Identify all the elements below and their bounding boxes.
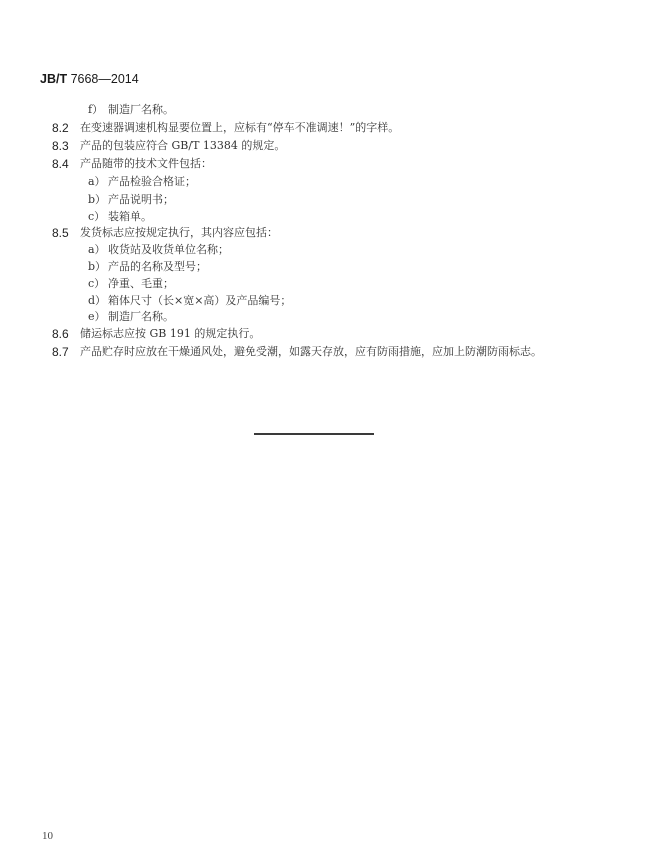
item-text: 制造厂名称。 xyxy=(108,103,174,117)
clause-number: 8.2 xyxy=(52,121,69,135)
item-label: a） xyxy=(88,243,106,257)
clause-text: 产品贮存时应放在干燥通风处，避免受潮，如露天存放，应有防雨措施，应加上防潮防雨标… xyxy=(80,345,542,359)
clause-text: 储运标志应按 GB 191 的规定执行。 xyxy=(80,327,260,341)
item-label: b） xyxy=(88,193,106,207)
item-label: c） xyxy=(88,277,105,291)
item-label: d） xyxy=(88,294,106,308)
item-text: 产品说明书； xyxy=(108,193,174,207)
item-label: f） xyxy=(88,103,103,117)
item-label: c） xyxy=(88,210,105,224)
clause-number: 8.6 xyxy=(52,327,69,341)
item-text: 装箱单。 xyxy=(108,210,152,224)
clause-text: 产品的包装应符合 GB/T 13384 的规定。 xyxy=(80,139,285,153)
item-text: 收货站及收货单位名称； xyxy=(108,243,229,257)
item-text: 净重、毛重； xyxy=(108,277,174,291)
end-rule-divider xyxy=(254,433,374,435)
item-label: e） xyxy=(88,310,106,324)
item-text: 产品的名称及型号； xyxy=(108,260,207,274)
clause-text: 产品随带的技术文件包括： xyxy=(80,157,212,171)
clause-number: 8.4 xyxy=(52,157,69,171)
clause-text: 发货标志应按规定执行，其内容应包括： xyxy=(80,226,278,240)
standard-prefix: JB/T xyxy=(40,72,67,86)
document-header: JB/T 7668—2014 xyxy=(40,72,139,86)
item-text: 产品检验合格证； xyxy=(108,175,196,189)
item-label: a） xyxy=(88,175,106,189)
page-number: 10 xyxy=(42,830,53,842)
item-text: 箱体尺寸（长×宽×高）及产品编号； xyxy=(108,294,291,308)
item-label: b） xyxy=(88,260,106,274)
item-text: 制造厂名称。 xyxy=(108,310,174,324)
clause-number: 8.7 xyxy=(52,345,69,359)
clause-number: 8.5 xyxy=(52,226,69,240)
clause-number: 8.3 xyxy=(52,139,69,153)
standard-number: 7668—2014 xyxy=(67,72,139,86)
clause-text: 在变速器调速机构显要位置上，应标有“停车不准调速！”的字样。 xyxy=(80,121,399,135)
